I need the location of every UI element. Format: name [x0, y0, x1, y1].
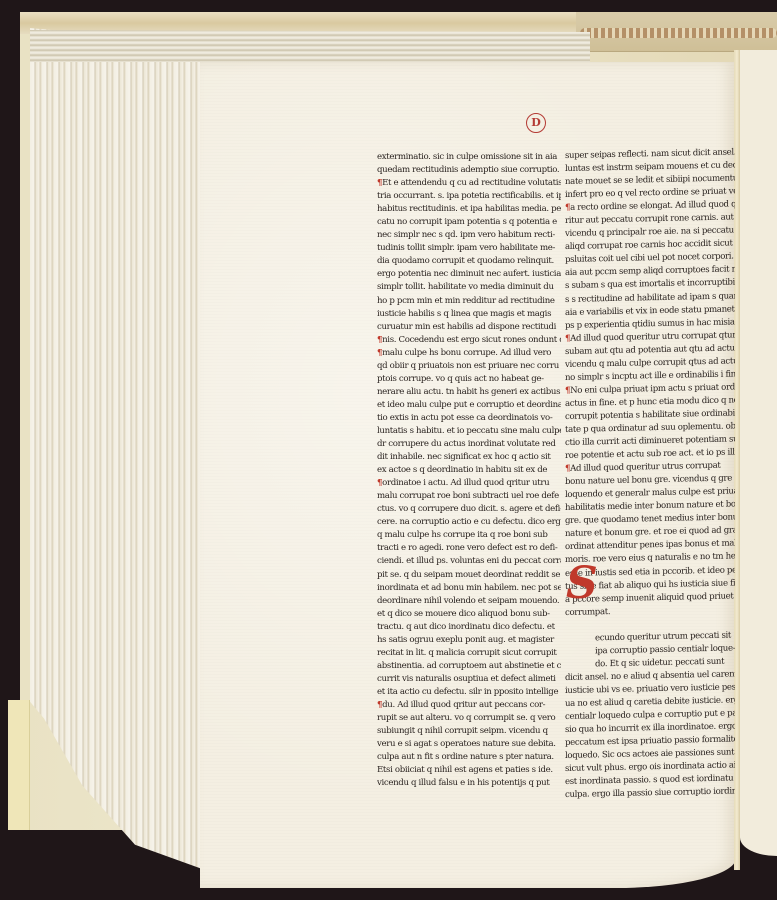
text-line: culpa aut n fit s ordine nature s pter n… — [377, 751, 561, 764]
text-line: ergo potentia nec diminuit nec aufert. i… — [377, 268, 561, 281]
text-line: et ita actio cu defectu. silr in pposito… — [377, 686, 561, 699]
paragraph-mark: ¶ — [377, 700, 382, 710]
text-line: catu no corrupit ipam potentia s q poten… — [377, 216, 561, 229]
text-line: tracti e ro agedi. rone vero defect est … — [377, 542, 561, 555]
text-line: hs satis ogruu exeplu ponit aug. et magi… — [377, 634, 561, 647]
text-line: dr corrupere du actus inordinat volutate… — [377, 438, 561, 451]
left-text-column: exterminatio. sic in culpe omissione sit… — [377, 151, 561, 790]
text-line: ex actoe s q deordinatio in habitu sit e… — [377, 464, 561, 477]
text-line: tio extis in actu pot esse ca deordinato… — [377, 412, 561, 425]
paragraph-mark: ¶ — [377, 478, 382, 488]
text-line: currit vis naturalis osuptiua et defect … — [377, 673, 561, 686]
paragraph-mark: ¶ — [377, 178, 382, 188]
paragraph-mark: ¶ — [565, 334, 570, 344]
text-line: tria occurrant. s. ipa potetia rectifica… — [377, 190, 561, 203]
paragraph-mark: ¶ — [377, 348, 382, 358]
text-line: rupit se aut alteru. vo q corrumpit se. … — [377, 712, 561, 725]
text-line: ctus. vo q corrupere duo dicit. s. agere… — [377, 503, 561, 516]
text-line: Etsi obiiciat q nihil est agens et patie… — [377, 764, 561, 777]
text-line: ¶du. Ad illud quod qritur aut peccans co… — [377, 699, 561, 712]
paragraph-mark: ¶ — [565, 386, 570, 396]
text-line: dia quodamo corrupit et quodamo relinqui… — [377, 255, 561, 268]
text-line: inordinata et ad bonu min habilem. nec p… — [377, 582, 561, 595]
text-line: ¶Et e attendendu q cu ad rectitudine vol… — [377, 177, 561, 190]
text-line: et q dico se mouere dico aliquod bonu su… — [377, 608, 561, 621]
text-line: et ideo malu culpe put e corruptio et de… — [377, 399, 561, 412]
text-line: ¶malu culpe hs bonu corrupe. Ad illud ve… — [377, 347, 561, 360]
text-line: vicendu q illud falsu e in his potentijs… — [377, 777, 561, 790]
text-line: recitat in lit. q malicia corrupit sicut… — [377, 647, 561, 660]
paragraph-mark: ¶ — [377, 335, 382, 345]
text-line: tudinis tollit simplr. ipam vero habilit… — [377, 242, 561, 255]
text-line: deordinare nihil volendo et seipam mouen… — [377, 595, 561, 608]
text-line: curuatur min est habilis ad dispone rect… — [377, 321, 561, 334]
text-line: veru e si agat s operatoes nature sue de… — [377, 738, 561, 751]
text-line: simplr tollit. habilitate vo media dimin… — [377, 281, 561, 294]
text-line: dit inhabile. nec significat ex hoc q ac… — [377, 451, 561, 464]
text-line: quedam rectitudinis ademptio siue corrup… — [377, 164, 561, 177]
right-text-column: super seipas reflecti. nam sicut dicit a… — [565, 146, 735, 802]
decorated-initial-s: S — [566, 562, 596, 606]
text-line: nerare aliu actu. tn habit hs generi ex … — [377, 386, 561, 399]
text-line: luntatis s habitu. et io peccatu sine ma… — [377, 425, 561, 438]
text-line: malu corrupat roe boni subtracti uel roe… — [377, 490, 561, 503]
paragraph-mark: ¶ — [565, 203, 570, 213]
text-line: abstinentia. ad corruptoem aut abstineti… — [377, 660, 561, 673]
text-line: nec simplr nec s qd. ipm vero habitum re… — [377, 229, 561, 242]
text-line: q malu culpe hs corrupe ita q roe boni s… — [377, 529, 561, 542]
text-line: cere. na corruptio actio e cu defectu. d… — [377, 516, 561, 529]
text-line: iusticie habilis s q linea que magis et … — [377, 308, 561, 321]
text-line: ho p pcm min et min redditur ad rectitud… — [377, 295, 561, 308]
text-line: exterminatio. sic in culpe omissione sit… — [377, 151, 561, 164]
text-line: tractu. q aut dico inordinatu dico defec… — [377, 621, 561, 634]
endpaper-flap — [8, 700, 30, 830]
folio-mark: D — [526, 113, 546, 133]
headband-stitching — [580, 28, 777, 38]
text-line: pit se. q du seipam mouet deordinat redd… — [377, 569, 561, 582]
text-line: ciendi. et illud ps. voluntas eni du pec… — [377, 555, 561, 568]
text-line: habitus rectitudinis. et ipa habilitas m… — [377, 203, 561, 216]
text-line: qd obiir q priuatois non est priuare nec… — [377, 360, 561, 373]
text-line: ptois corrupe. vo q quis act no habeat g… — [377, 373, 561, 386]
text-line: subiungit q nihil corrupit seipm. vicend… — [377, 725, 561, 738]
paragraph-mark: ¶ — [565, 464, 570, 474]
recto-page-edge — [740, 50, 777, 856]
text-line: ¶ordinatoe i actu. Ad illud quod qritur … — [377, 477, 561, 490]
text-line: ¶nis. Cocedendu est ergo sicut rones ond… — [377, 334, 561, 347]
